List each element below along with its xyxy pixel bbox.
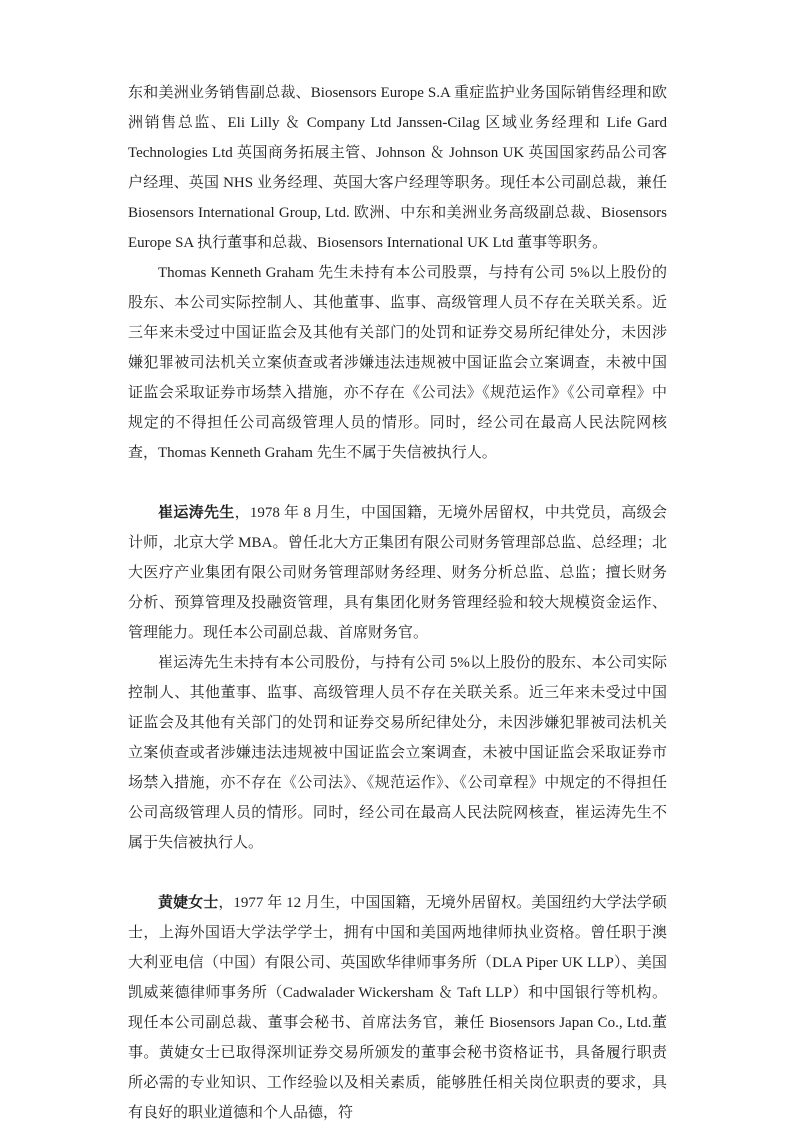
paragraph-career-continuation: 东和美洲业务销售副总裁、Biosensors Europe S.A 重症监护业务… bbox=[128, 78, 667, 258]
paragraph-lead: 黄婕女士 bbox=[158, 895, 218, 911]
paragraph-text: 东和美洲业务销售副总裁、Biosensors Europe S.A 重症监护业务… bbox=[128, 85, 667, 251]
paragraph-text: ，1978 年 8 月生，中国国籍，无境外居留权，中共党员，高级会计师，北京大学… bbox=[128, 505, 667, 641]
document-page: 东和美洲业务销售副总裁、Biosensors Europe S.A 重症监护业务… bbox=[0, 0, 793, 1122]
document-body: 东和美洲业务销售副总裁、Biosensors Europe S.A 重症监护业务… bbox=[128, 78, 667, 1122]
paragraph-cui-yuntao-independence: 崔运涛先生未持有本公司股份，与持有公司 5%以上股份的股东、本公司实际控制人、其… bbox=[128, 648, 667, 858]
paragraph-text: ，1977 年 12 月生，中国国籍，无境外居留权。美国纽约大学法学硕士，上海外… bbox=[128, 895, 667, 1121]
paragraph-lead: 崔运涛先生 bbox=[158, 505, 235, 521]
paragraph-thomas-graham-independence: Thomas Kenneth Graham 先生未持有本公司股票，与持有公司 5… bbox=[128, 258, 667, 468]
paragraph-text: 崔运涛先生未持有本公司股份，与持有公司 5%以上股份的股东、本公司实际控制人、其… bbox=[128, 655, 667, 851]
paragraph-text: Thomas Kenneth Graham 先生未持有本公司股票，与持有公司 5… bbox=[128, 265, 667, 461]
paragraph-cui-yuntao-bio: 崔运涛先生，1978 年 8 月生，中国国籍，无境外居留权，中共党员，高级会计师… bbox=[128, 498, 667, 648]
paragraph-huang-jie-bio: 黄婕女士，1977 年 12 月生，中国国籍，无境外居留权。美国纽约大学法学硕士… bbox=[128, 888, 667, 1122]
